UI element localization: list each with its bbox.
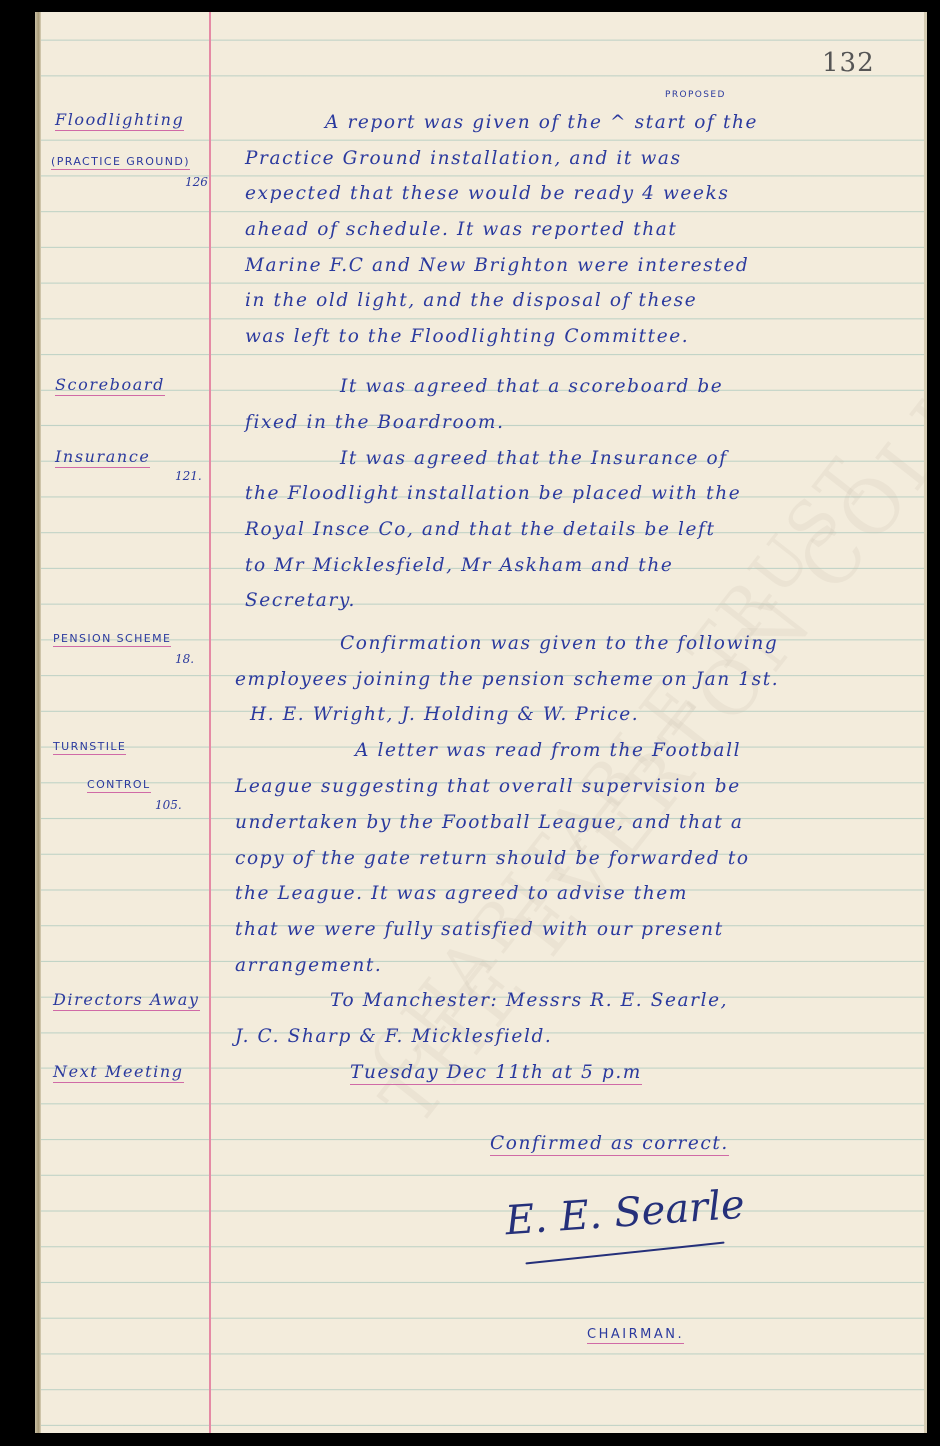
minute-line: H. E. Wright, J. Holding & W. Price. bbox=[250, 704, 639, 725]
minute-ref: 18. bbox=[175, 652, 194, 666]
minute-line: employees joining the pension scheme on … bbox=[235, 669, 779, 690]
margin-heading-next-meeting: Next Meeting bbox=[53, 1062, 184, 1083]
minute-line: J. C. Sharp & F. Micklesfield. bbox=[235, 1026, 552, 1047]
minute-line: expected that these would be ready 4 wee… bbox=[245, 183, 729, 204]
minute-line: It was agreed that the Insurance of bbox=[340, 448, 728, 469]
margin-heading-floodlighting: Floodlighting bbox=[55, 110, 184, 131]
signature-flourish bbox=[525, 1242, 724, 1265]
margin-heading-practice-ground: (PRACTICE GROUND) bbox=[51, 155, 190, 170]
page-binding bbox=[35, 12, 41, 1433]
minute-line: copy of the gate return should be forwar… bbox=[235, 848, 750, 869]
minute-line: Practice Ground installation, and it was bbox=[245, 148, 682, 169]
margin-heading-pension-scheme: PENSION SCHEME bbox=[53, 632, 171, 647]
minute-line: A report was given of the ^ start of the bbox=[325, 112, 758, 133]
minute-ref: 126 bbox=[185, 175, 208, 189]
watermark: THE EVERTON COLLECTION bbox=[365, 89, 927, 1141]
minute-line: to Mr Micklesfield, Mr Askham and the bbox=[245, 555, 673, 576]
minute-line: It was agreed that a scoreboard be bbox=[340, 376, 723, 397]
margin-heading-control: CONTROL bbox=[87, 778, 151, 793]
margin-rule bbox=[209, 12, 211, 1433]
minute-line: League suggesting that overall supervisi… bbox=[235, 776, 741, 797]
page-number: 132 bbox=[822, 48, 875, 78]
ledger-page: THE EVERTON COLLECTION CHARITABLE TRUST … bbox=[35, 12, 927, 1433]
minute-line: undertaken by the Football League, and t… bbox=[235, 812, 743, 833]
chairman-signature: E. E. Searle bbox=[504, 1182, 746, 1245]
margin-heading-insurance: Insurance bbox=[55, 447, 150, 468]
minute-line: Royal Insce Co, and that the details be … bbox=[245, 519, 716, 540]
minute-line: in the old light, and the disposal of th… bbox=[245, 290, 697, 311]
minute-ref: 105. bbox=[155, 798, 182, 812]
minute-line: arrangement. bbox=[235, 955, 382, 976]
minute-line: Confirmation was given to the following bbox=[340, 633, 778, 654]
confirmation-note: Confirmed as correct. bbox=[490, 1133, 729, 1156]
margin-heading-directors-away: Directors Away bbox=[53, 990, 200, 1011]
next-meeting-date: Tuesday Dec 11th at 5 p.m bbox=[350, 1062, 642, 1085]
minute-line: was left to the Floodlighting Committee. bbox=[245, 326, 689, 347]
minute-line: the Floodlight installation be placed wi… bbox=[245, 483, 741, 504]
minute-line: A letter was read from the Football bbox=[355, 740, 741, 761]
minute-line: Secretary. bbox=[245, 590, 356, 611]
minute-line: fixed in the Boardroom. bbox=[245, 412, 505, 433]
minute-line: the League. It was agreed to advise them bbox=[235, 883, 688, 904]
chairman-title: CHAIRMAN. bbox=[587, 1327, 684, 1344]
minute-line: To Manchester: Messrs R. E. Searle, bbox=[330, 990, 728, 1011]
page-edge bbox=[924, 12, 927, 1433]
insertion-note: PROPOSED bbox=[665, 90, 726, 100]
margin-heading-turnstile: TURNSTILE bbox=[53, 740, 126, 755]
minute-ref: 121. bbox=[175, 469, 202, 483]
minute-line: Marine F.C and New Brighton were interes… bbox=[245, 255, 749, 276]
minute-line: ahead of schedule. It was reported that bbox=[245, 219, 677, 240]
margin-heading-scoreboard: Scoreboard bbox=[55, 375, 165, 396]
minute-line: that we were fully satisfied with our pr… bbox=[235, 919, 724, 940]
